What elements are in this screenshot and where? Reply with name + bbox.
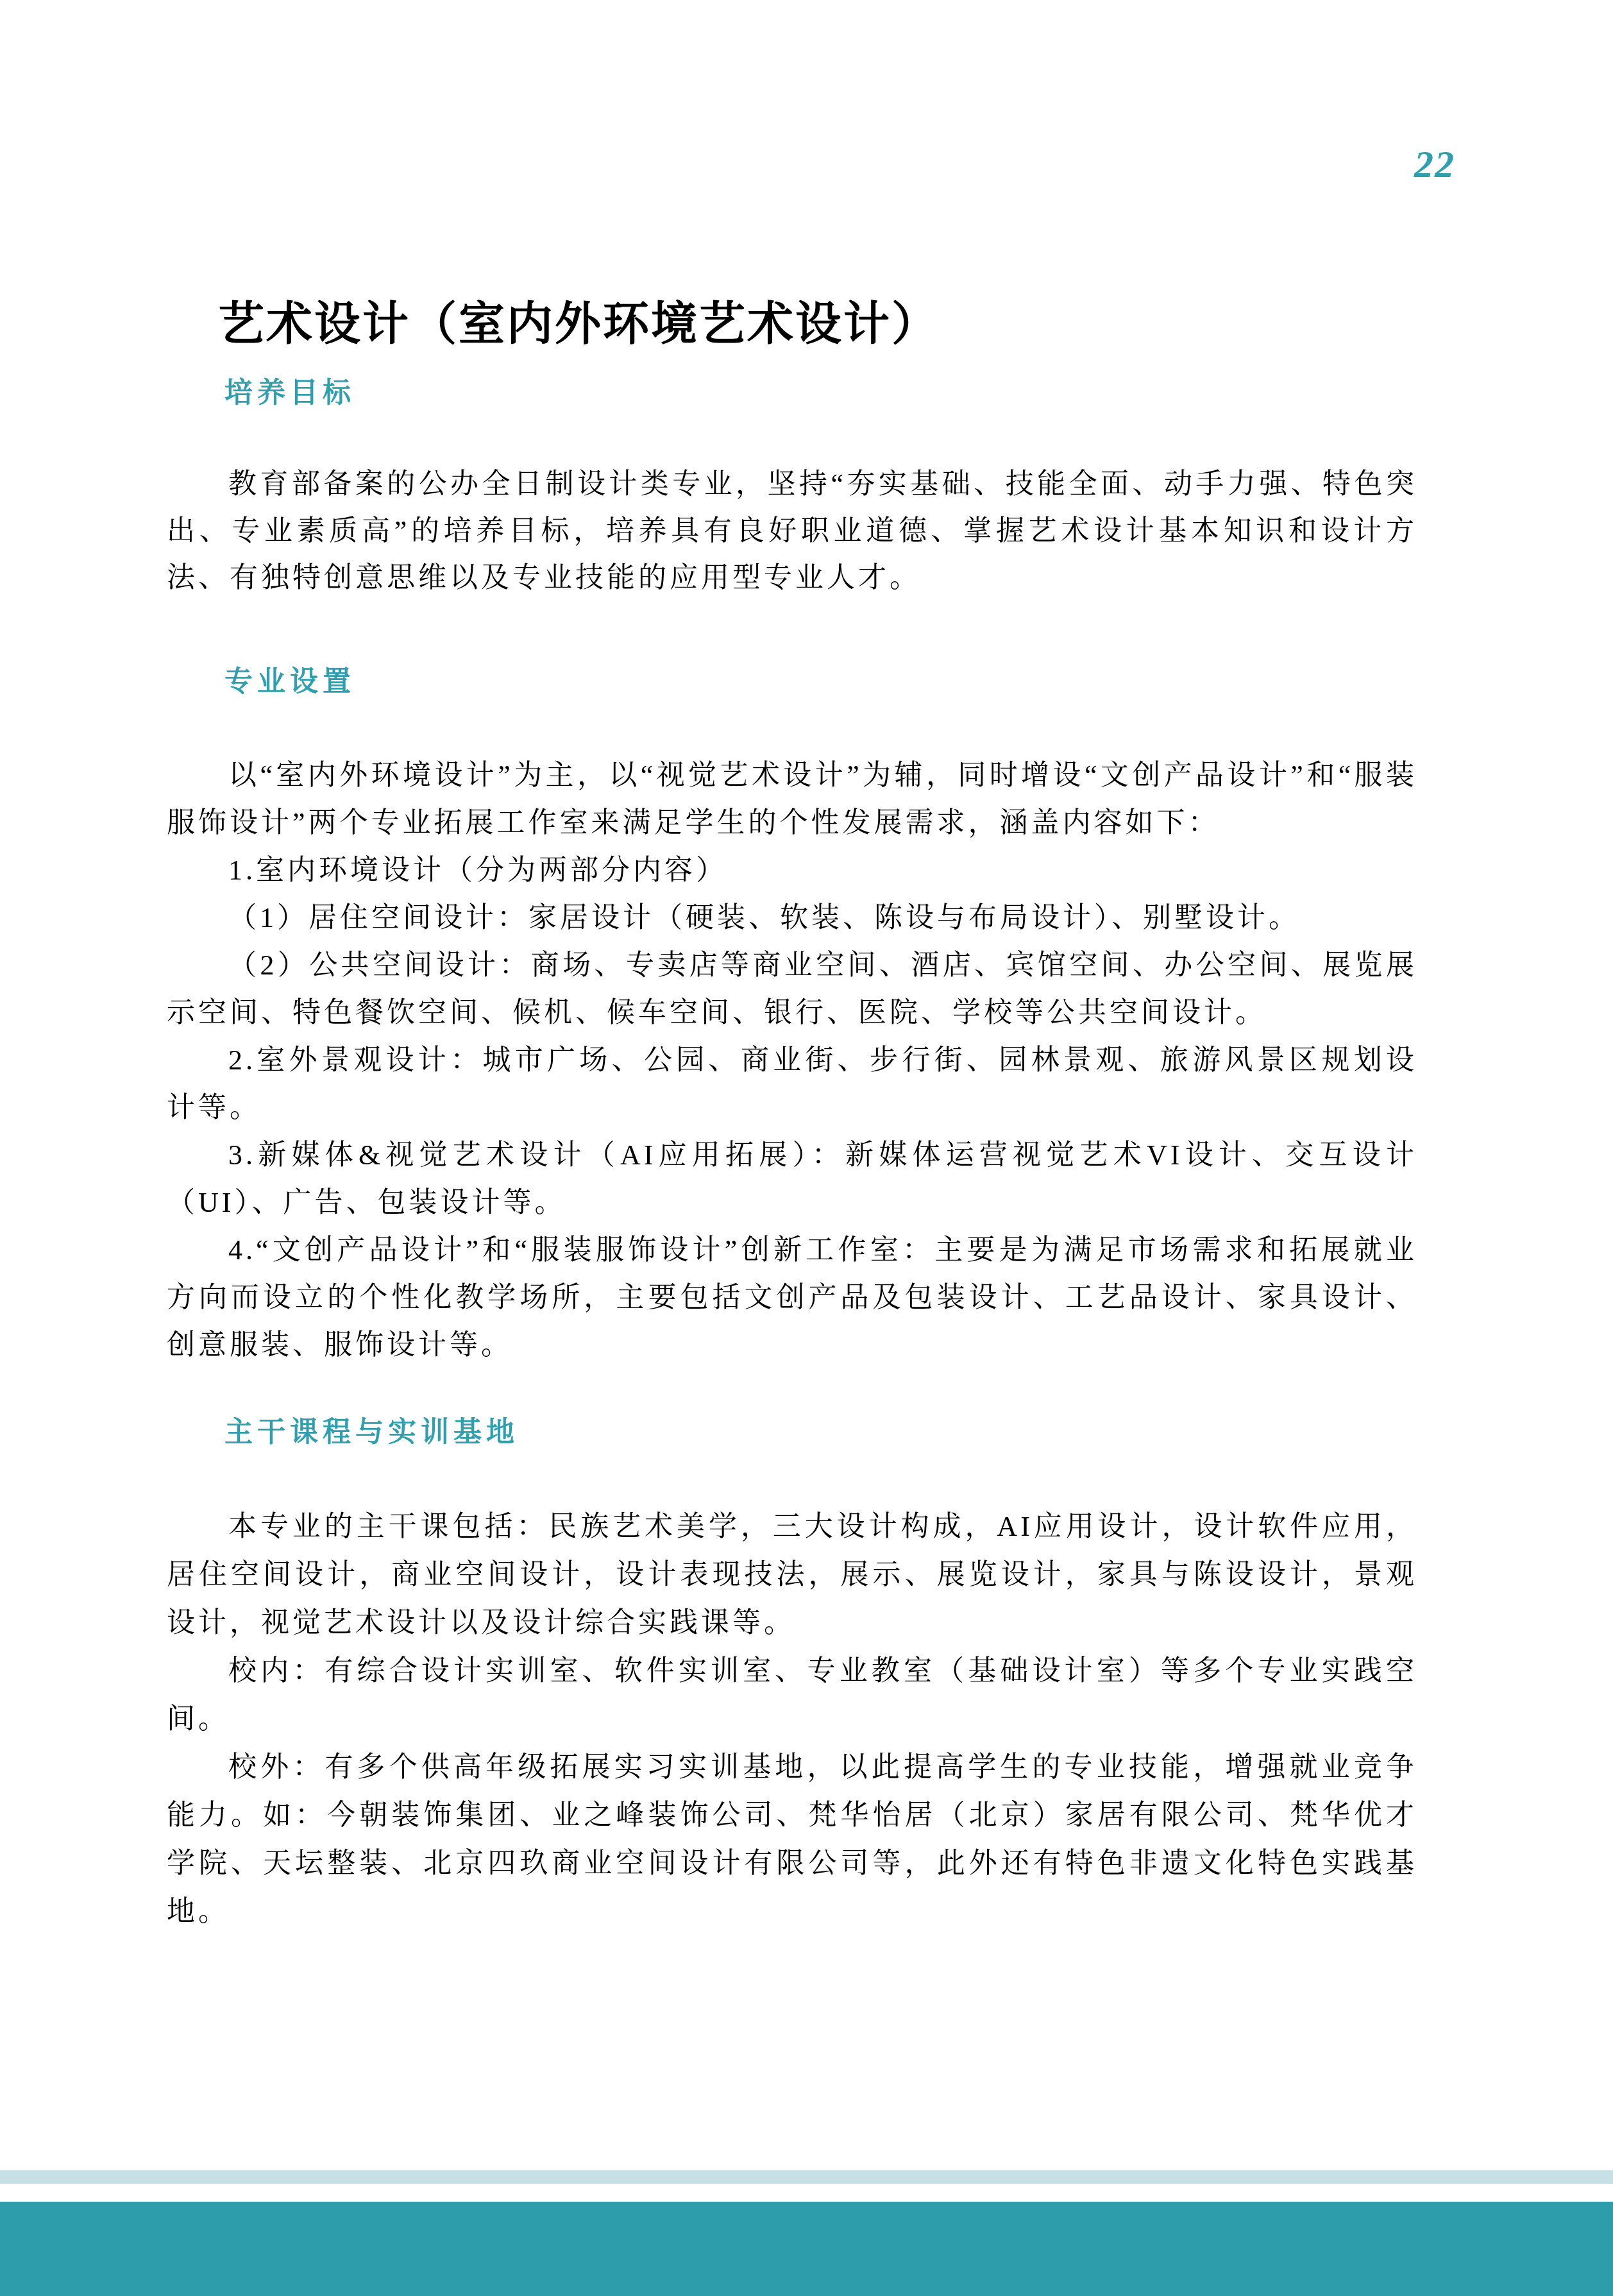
footer-dark-band: [0, 2202, 1613, 2296]
paragraph: 校外：有多个供高年级拓展实习实训基地，以此提高学生的专业技能，增强就业竞争能力。…: [167, 1743, 1417, 1935]
paragraph: 本专业的主干课包括：民族艺术美学，三大设计构成，AI应用设计，设计软件应用，居住…: [167, 1502, 1417, 1647]
footer-light-band: [0, 2170, 1613, 2184]
document-page: 22 艺术设计（室内外环境艺术设计） 培养目标 教育部备案的公办全日制设计类专业…: [0, 0, 1613, 2296]
list-item: （1）居住空间设计：家居设计（硬装、软装、陈设与布局设计）、别墅设计。: [167, 894, 1417, 942]
section-heading-training-objectives: 培养目标: [224, 370, 355, 411]
section-heading-program-setup: 专业设置: [224, 658, 355, 699]
section-heading-courses-and-training-bases: 主干课程与实训基地: [224, 1409, 519, 1450]
section-body-courses-and-training-bases: 本专业的主干课包括：民族艺术美学，三大设计构成，AI应用设计，设计软件应用，居住…: [167, 1502, 1417, 1935]
page-title: 艺术设计（室内外环境艺术设计）: [218, 286, 940, 353]
page-number: 22: [1414, 142, 1455, 187]
list-item: （2）公共空间设计：商场、专卖店等商业空间、酒店、宾馆空间、办公空间、展览展示空…: [167, 942, 1417, 1037]
section-body-program-setup: 以“室内外环境设计”为主，以“视觉艺术设计”为辅，同时增设“文创产品设计”和“服…: [167, 752, 1417, 1369]
paragraph: 教育部备案的公办全日制设计类专业，坚持“夯实基础、技能全面、动手力强、特色突出、…: [167, 461, 1417, 601]
paragraph: 以“室内外环境设计”为主，以“视觉艺术设计”为辅，同时增设“文创产品设计”和“服…: [167, 752, 1417, 847]
list-item: 2.室外景观设计：城市广场、公园、商业街、步行街、园林景观、旅游风景区规划设计等…: [167, 1037, 1417, 1132]
section-body-training-objectives: 教育部备案的公办全日制设计类专业，坚持“夯实基础、技能全面、动手力强、特色突出、…: [167, 461, 1417, 601]
list-item: 1.室内环境设计（分为两部分内容）: [167, 847, 1417, 894]
list-item: 3.新媒体&视觉艺术设计（AI应用拓展）：新媒体运营视觉艺术VI设计、交互设计（…: [167, 1132, 1417, 1227]
paragraph: 校内：有综合设计实训室、软件实训室、专业教室（基础设计室）等多个专业实践空间。: [167, 1647, 1417, 1743]
list-item: 4.“文创产品设计”和“服装服饰设计”创新工作室：主要是为满足市场需求和拓展就业…: [167, 1227, 1417, 1369]
